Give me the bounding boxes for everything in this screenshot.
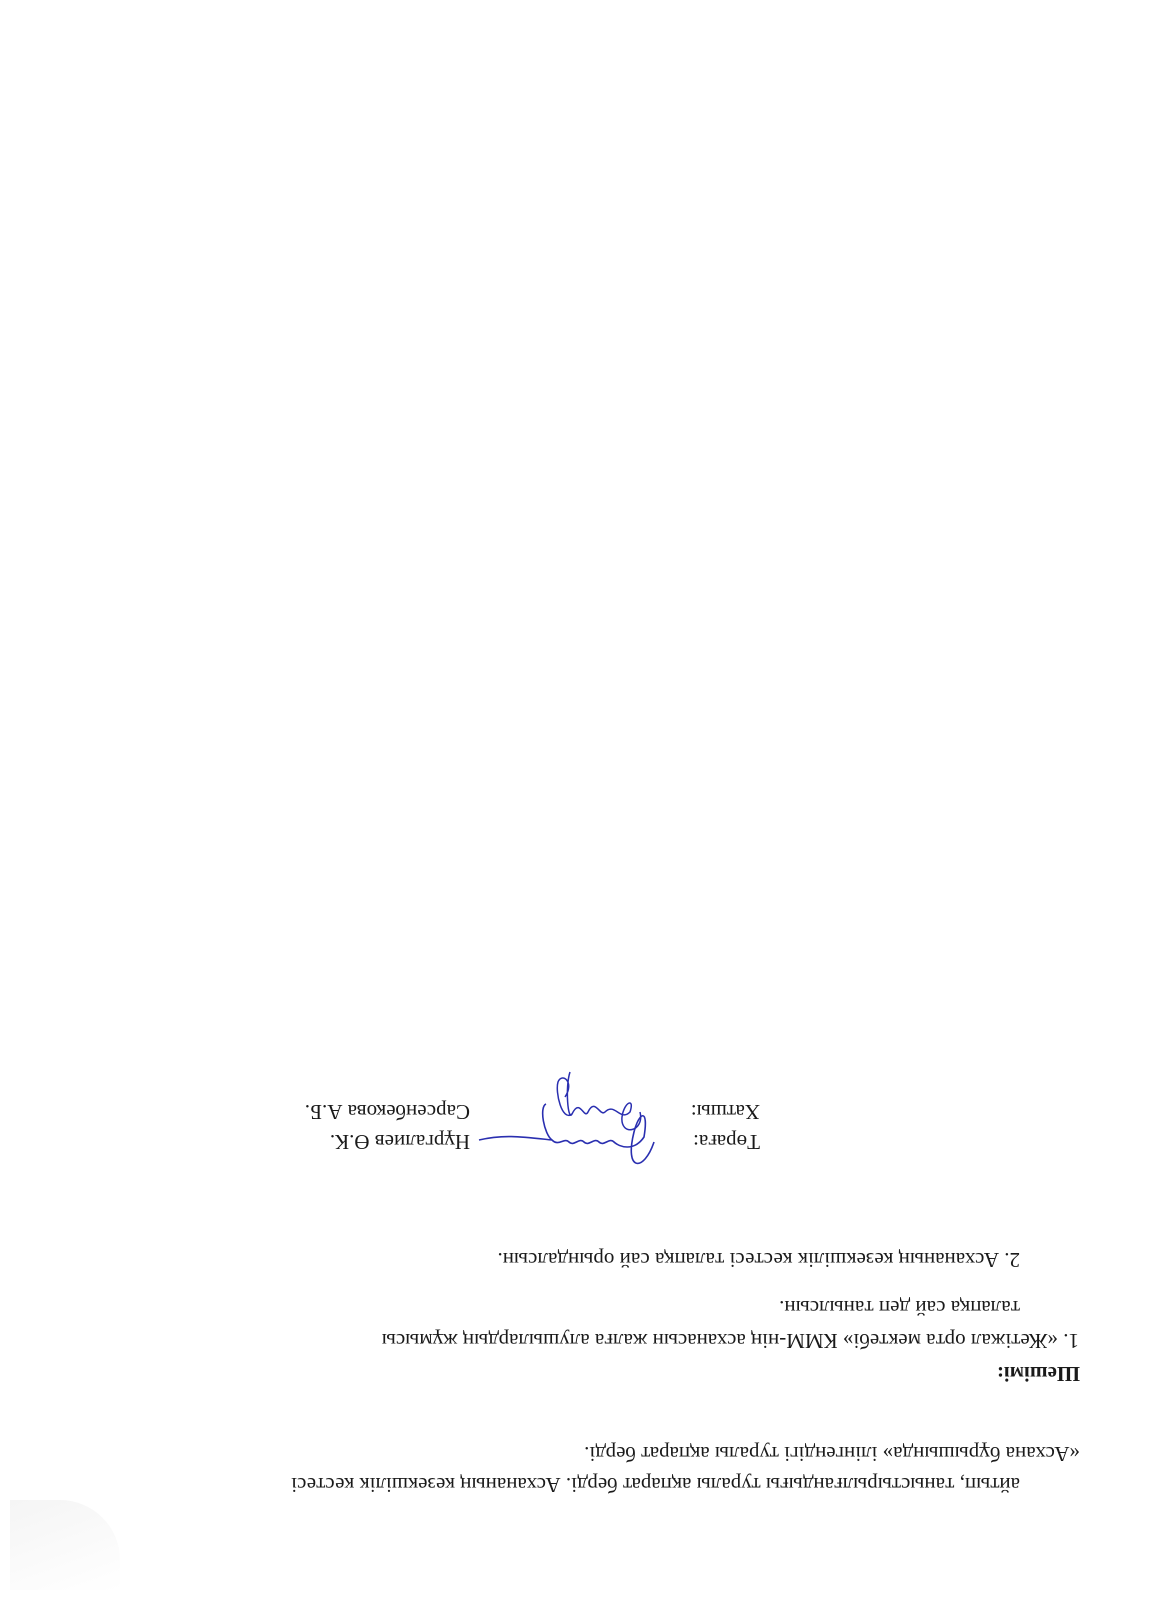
decision-heading: Шешімі: [997,1363,1080,1384]
secretary-name: Сарсенбекова А.Б. [305,1099,470,1124]
decision-2: 2. Асхананың кезекшілік кестесі талапқа … [497,1249,1020,1270]
decision-1-line-2: талапқа сай деп танылсын. [779,1297,1020,1318]
chair-name: Нұргалиев Ө.К. [330,1129,470,1154]
scan-artifact [10,1500,120,1590]
decision-1-line-1: 1. «Жетіжал орта мектебі» КММ-нің асхана… [382,1330,1079,1351]
signature-block: Төраға: Нұргалиев Ө.К. Хатшы: Сарсенбеко… [280,1062,760,1182]
secretary-signature-icon [540,1062,650,1142]
paragraph-line-2: «Асхана бұрышында» ілінгендігі туралы ақ… [584,1443,1080,1464]
paragraph-line-1: айтып, таныстырылғандығы туралы ақпарат … [291,1474,1020,1495]
scanned-document-page: айтып, таныстырылғандығы туралы ақпарат … [0,0,1162,1600]
secretary-label: Хатшы: [691,1099,760,1124]
chair-label: Төраға: [693,1129,760,1154]
